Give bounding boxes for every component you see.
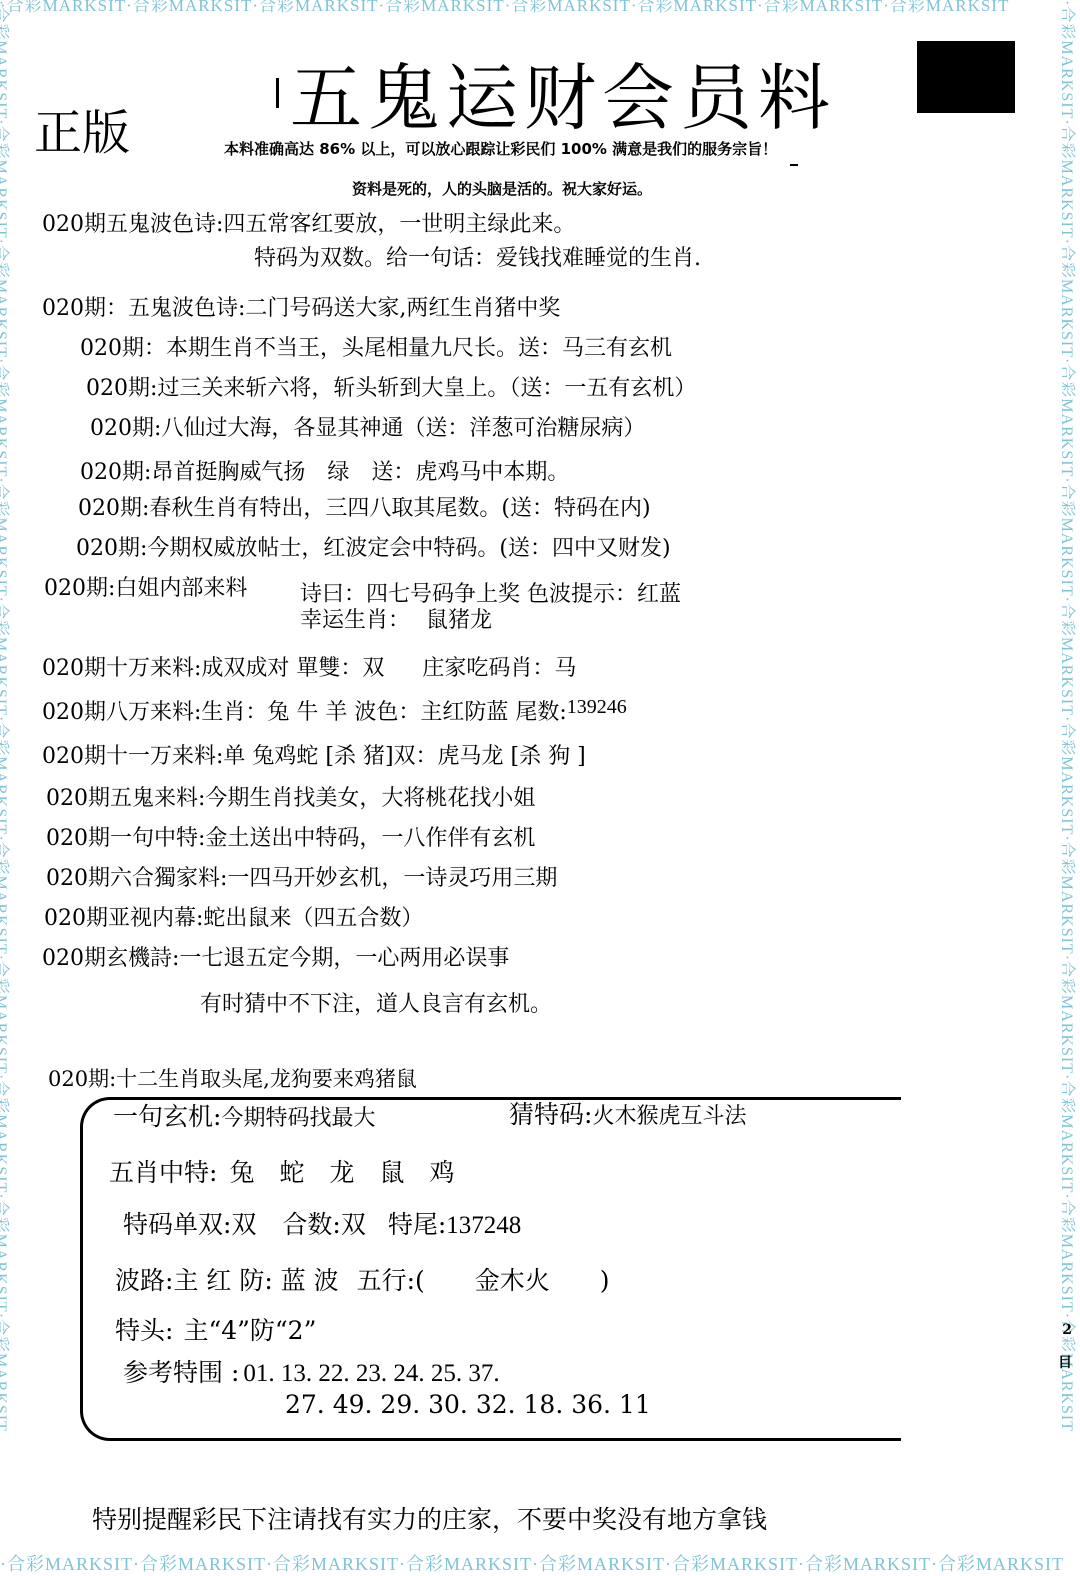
lucky-value: 鼠猪龙 [426, 608, 492, 633]
entry-label: 020期六合獨家料: [46, 866, 227, 891]
ref-row: 参考特围 :01. 13. 22. 23. 24. 25. 37. [123, 1358, 500, 1389]
watermark-right-text: ·合彩MARKSIT·合彩MARKSIT·合彩MARKSIT·合彩MARKSIT… [1062, 0, 1080, 1576]
guess-value: 火木猴虎互斗法 [592, 1104, 746, 1129]
entry-0-line2: 特码为双数。给一句话：爱钱找难睡觉的生肖. [254, 246, 701, 272]
entry-16: 020期玄機詩:一七退五定今期，一心两用必误事 [42, 946, 509, 972]
entry-text: 四五常客红要放，一世明主绿此来。 [223, 212, 575, 237]
entry-label: 020期八万来料: [42, 700, 201, 725]
slogan-line-1: 本料准确高达 86% 以上，可以放心跟踪让彩民们 100% 满意是我们的服务宗旨… [224, 138, 777, 159]
entry-label: 020期: [76, 536, 147, 561]
entry-text: 今期权威放帖士，红波定会中特码。(送：四中又财发) [147, 536, 670, 561]
entry-4: 020期:八仙过大海，各显其神通（送：洋葱可治糖尿病） [90, 416, 645, 442]
entry-10: 020期八万来料:生肖：兔 牛 羊 波色：主红防蓝 尾数:139246 [42, 700, 627, 726]
five-zodiac-row: 五肖中特:兔 蛇 龙 鼠 鸡 [109, 1158, 454, 1188]
five-zodiac-label: 五肖中特: [109, 1158, 217, 1187]
watermark-top: ·合彩MARKSIT·合彩MARKSIT·合彩MARKSIT·合彩MARKSIT… [0, 0, 1080, 16]
edition-label: 正版 [34, 94, 130, 163]
five-zodiac-value: 兔 蛇 龙 鼠 鸡 [229, 1158, 454, 1187]
entry-text: 金土送出中特码，一八作伴有玄机 [205, 826, 535, 851]
entry-label: 020期十万来料: [42, 656, 201, 681]
entry-text: 一四马开妙玄机，一诗灵巧用三期 [227, 866, 557, 891]
entry-16-line2: 有时猜中不下注，道人良言有玄机。 [200, 992, 552, 1018]
entry-0: 020期五鬼波色诗:四五常客红要放，一世明主绿此来。 [42, 212, 575, 238]
entry-text: 单 兔鸡蛇 [杀 猪]双：虎马龙 [杀 狗 ] [223, 744, 585, 769]
watermark-bottom: ·合彩MARKSIT·合彩MARKSIT·合彩MARKSIT·合彩MARKSIT… [0, 1552, 1080, 1576]
wave-value: 主 红 防: 蓝 波 [173, 1266, 338, 1295]
entry-label: 020期: [48, 1067, 116, 1091]
head-value: 主“4”防“2” [183, 1316, 316, 1345]
wave-label: 波路: [115, 1266, 173, 1295]
guess-label: 猜特码: [509, 1100, 592, 1129]
entry-9: 020期十万来料:成双成对 單雙：双庄家吃码肖：马 [42, 656, 576, 682]
lucky-label: 幸运生肖： [300, 608, 410, 633]
hint-row: 一句玄机:今期特码找最大 [113, 1102, 375, 1134]
entry-13: 020期一句中特:金土送出中特码，一八作伴有玄机 [46, 826, 535, 852]
entry-7: 020期:今期权威放帖士，红波定会中特码。(送：四中又财发) [76, 536, 671, 562]
tail-value: 137248 [446, 1212, 521, 1239]
entry-label: 020期：五鬼波色诗: [42, 296, 245, 321]
entry-text: 生肖：兔 牛 羊 波色：主红防蓝 尾数: [201, 700, 566, 725]
entry-label: 020期十一万来料: [42, 744, 223, 769]
entry-text: 十二生肖取头尾,龙狗要来鸡猪鼠 [116, 1067, 417, 1091]
entry-8-lucky: 幸运生肖：鼠猪龙 [300, 608, 492, 634]
entry-15: 020期亚视内幕:蛇出鼠来（四五合数） [44, 906, 423, 932]
redacted-block [917, 41, 1015, 113]
edge-char: 目 [1058, 1352, 1072, 1372]
prediction-panel: 一句玄机:今期特码找最大 猜特码:火木猴虎互斗法 五肖中特:兔 蛇 龙 鼠 鸡 … [80, 1097, 901, 1441]
entry-label: 020期玄機詩: [42, 946, 179, 971]
entry-text: 今期生肖找美女，大将桃花找小姐 [205, 786, 535, 811]
entry-label: 020期亚视内幕: [44, 906, 203, 931]
entry-text: 蛇出鼠来（四五合数） [203, 906, 423, 931]
dash-mark [790, 164, 798, 166]
entry-6: 020期:春秋生肖有特出，三四八取其尾数。(送：特码在内) [78, 496, 651, 522]
title-bar-mark [276, 78, 279, 108]
sum-value: 双 [341, 1210, 366, 1239]
entry-text: 过三关来斩六将，斩头斩到大皇上。（送：一五有玄机） [157, 376, 696, 401]
watermark-left-text: ·合彩MARKSIT·合彩MARKSIT·合彩MARKSIT·合彩MARKSIT… [0, 0, 14, 1576]
entry-label: 020期: [80, 460, 151, 485]
entry-label: 020期： [80, 336, 166, 361]
watermark-left: ·合彩MARKSIT·合彩MARKSIT·合彩MARKSIT·合彩MARKSIT… [0, 0, 18, 1576]
odd-even-row: 特码单双:双 合数:双 特尾:137248 [123, 1210, 521, 1241]
page-title: 五鬼运财会员料 [290, 40, 836, 144]
guess-row: 猜特码:火木猴虎互斗法 [509, 1100, 746, 1132]
elements-value: ( 金木火 ) [415, 1266, 610, 1295]
head-label: 特头: [115, 1316, 173, 1345]
hint-label: 一句玄机: [113, 1102, 221, 1131]
entry-5: 020期:昂首挺胸威气扬 绿 送：虎鸡马中本期。 [80, 460, 569, 486]
entry-17: 020期:十二生肖取头尾,龙狗要来鸡猪鼠 [48, 1066, 417, 1092]
odd-even-label: 特码单双: [123, 1210, 231, 1239]
entry-14: 020期六合獨家料:一四马开妙玄机，一诗灵巧用三期 [46, 866, 557, 892]
entry-text: 八仙过大海，各显其神通（送：洋葱可治糖尿病） [161, 416, 645, 441]
entry-text: 春秋生肖有特出，三四八取其尾数。(送：特码在内) [149, 496, 650, 521]
ref-label: 参考特围 : [123, 1358, 239, 1387]
entry-text: 成双成对 單雙：双 [201, 656, 384, 681]
entry-text: 白姐内部来料 [115, 576, 247, 601]
entry-text: 昂首挺胸威气扬 绿 送：虎鸡马中本期。 [151, 460, 569, 485]
entry-text: 一七退五定今期，一心两用必误事 [179, 946, 509, 971]
ref-line-1: 01. 13. 22. 23. 24. 25. 37. [243, 1360, 499, 1387]
entry-label: 020期: [78, 496, 149, 521]
entry-label: 020期五鬼波色诗: [42, 212, 223, 237]
odd-even-value: 双 [231, 1210, 256, 1239]
entry-text-b: 庄家吃码肖：马 [422, 656, 576, 681]
watermark-right: ·合彩MARKSIT·合彩MARKSIT·合彩MARKSIT·合彩MARKSIT… [1062, 0, 1080, 1576]
entry-11: 020期十一万来料:单 兔鸡蛇 [杀 猪]双：虎马龙 [杀 狗 ] [42, 744, 586, 770]
footer-notice: 特别提醒彩民下注请找有实力的庄家，不要中奖没有地方拿钱 [92, 1500, 767, 1536]
slogan-line-2: 资料是死的，人的头脑是活的。祝大家好运。 [352, 178, 652, 199]
elements-label: 五行: [357, 1266, 415, 1295]
entry-2: 020期：本期生肖不当王，头尾相量九尺长。送：马三有玄机 [80, 336, 672, 362]
wave-row: 波路:主 红 防: 蓝 波 五行:( 金木火 ) [115, 1266, 610, 1296]
hint-value: 今期特码找最大 [221, 1106, 375, 1131]
entry-text-b: 139246 [567, 696, 627, 718]
edge-digit: 2 [1062, 1322, 1072, 1338]
entry-label: 020期: [86, 376, 157, 401]
entry-3: 020期:过三关来斩六将，斩头斩到大皇上。（送：一五有玄机） [86, 376, 696, 402]
entry-1: 020期：五鬼波色诗:二门号码送大家,两红生肖猪中奖 [42, 296, 560, 322]
entry-text: 本期生肖不当王，头尾相量九尺长。送：马三有玄机 [166, 336, 672, 361]
sum-label: 合数: [282, 1210, 340, 1239]
ref-line-2: 27. 49. 29. 30. 32. 18. 36. 11 [285, 1390, 651, 1420]
entry-label: 020期: [44, 576, 115, 601]
entry-8: 020期:白姐内部来料 [44, 576, 247, 602]
entry-label: 020期五鬼来料: [46, 786, 205, 811]
entry-8-poem: 诗曰：四七号码争上奖 色波提示：红蓝 [300, 582, 681, 608]
entry-text: 二门号码送大家,两红生肖猪中奖 [245, 296, 560, 321]
tail-label: 特尾: [388, 1210, 446, 1239]
entry-label: 020期一句中特: [46, 826, 205, 851]
head-row: 特头:主“4”防“2” [115, 1316, 316, 1346]
entry-label: 020期: [90, 416, 161, 441]
entry-12: 020期五鬼来料:今期生肖找美女，大将桃花找小姐 [46, 786, 535, 812]
